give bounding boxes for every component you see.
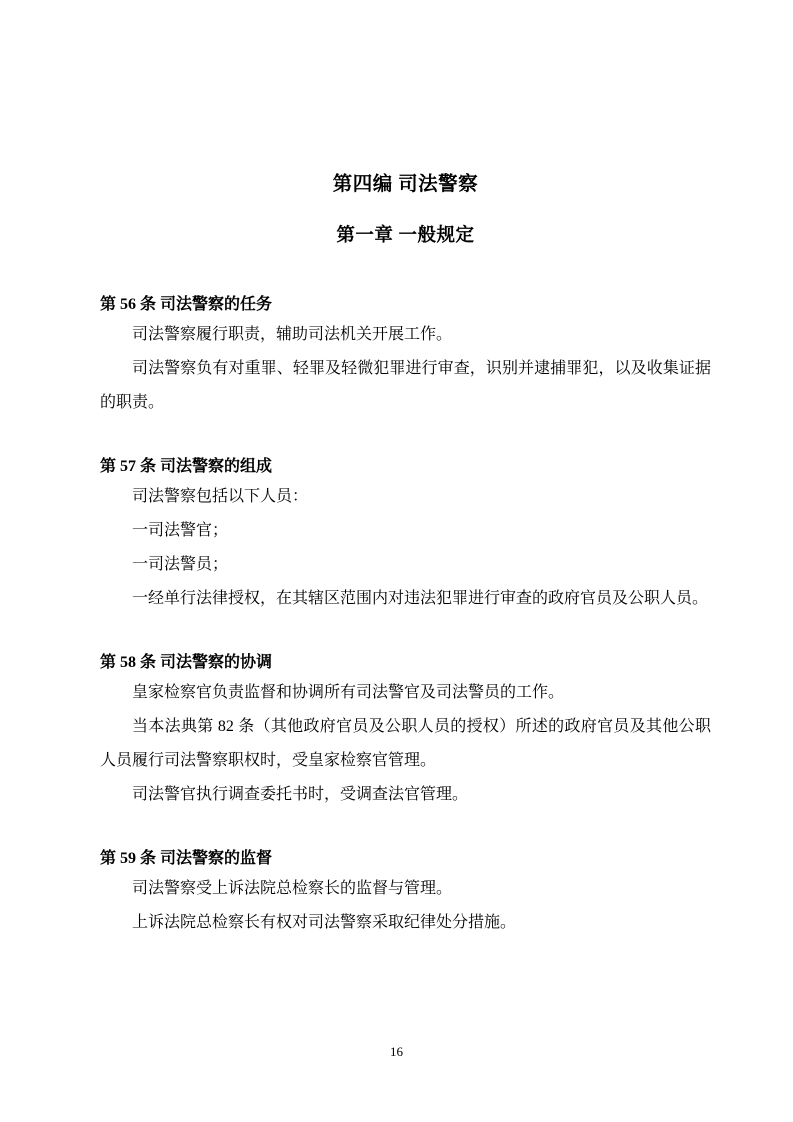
article-57-list-item: 一司法警员；	[100, 548, 711, 582]
article-58-heading: 第 58 条 司法警察的协调	[100, 652, 711, 673]
article-57-list-item: 一司法警官；	[100, 514, 711, 548]
page-number: 16	[390, 1044, 403, 1059]
part-title: 第四编 司法警察	[100, 172, 711, 197]
article-58-paragraph: 皇家检察官负责监督和协调所有司法警官及司法警员的工作。	[100, 676, 711, 710]
article-57-heading: 第 57 条 司法警察的组成	[100, 456, 711, 477]
article-58: 第 58 条 司法警察的协调 皇家检察官负责监督和协调所有司法警官及司法警员的工…	[100, 652, 711, 812]
page-footer: 16	[0, 1044, 793, 1060]
article-58-paragraph: 当本法典第 82 条（其他政府官员及公职人员的授权）所述的政府官员及其他公职人员…	[100, 710, 711, 778]
article-59: 第 59 条 司法警察的监督 司法警察受上诉法院总检察长的监督与管理。 上诉法院…	[100, 848, 711, 940]
article-57-list-item: 一经单行法律授权，在其辖区范围内对违法犯罪进行审查的政府官员及公职人员。	[100, 582, 711, 616]
article-57: 第 57 条 司法警察的组成 司法警察包括以下人员： 一司法警官； 一司法警员；…	[100, 456, 711, 616]
article-56: 第 56 条 司法警察的任务 司法警察履行职责，辅助司法机关开展工作。 司法警察…	[100, 294, 711, 420]
articles-section: 第 56 条 司法警察的任务 司法警察履行职责，辅助司法机关开展工作。 司法警察…	[100, 294, 711, 940]
article-59-heading: 第 59 条 司法警察的监督	[100, 848, 711, 869]
chapter-title: 第一章 一般规定	[100, 224, 711, 248]
article-57-paragraph: 司法警察包括以下人员：	[100, 480, 711, 514]
document-page: 第四编 司法警察 第一章 一般规定 第 56 条 司法警察的任务 司法警察履行职…	[0, 0, 793, 1122]
article-59-paragraph: 司法警察受上诉法院总检察长的监督与管理。	[100, 872, 711, 906]
article-56-paragraph: 司法警察负有对重罪、轻罪及轻微犯罪进行审查，识别并逮捕罪犯，以及收集证据的职责。	[100, 352, 711, 420]
article-56-paragraph: 司法警察履行职责，辅助司法机关开展工作。	[100, 318, 711, 352]
article-59-paragraph: 上诉法院总检察长有权对司法警察采取纪律处分措施。	[100, 906, 711, 940]
article-56-heading: 第 56 条 司法警察的任务	[100, 294, 711, 315]
article-58-paragraph: 司法警官执行调查委托书时，受调查法官管理。	[100, 778, 711, 812]
